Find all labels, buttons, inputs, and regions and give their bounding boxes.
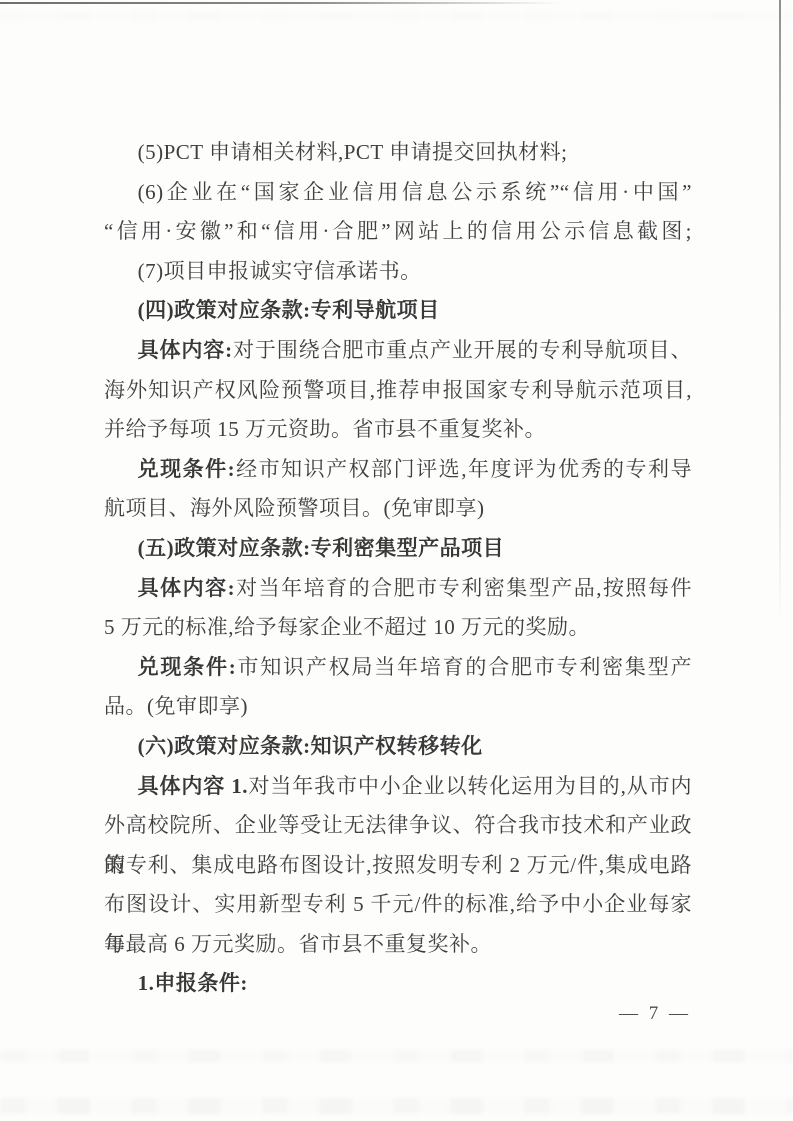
text-line: 并给予每项 15 万元资助。省市县不重复奖补。 — [104, 410, 692, 450]
line-text: 年最高 6 万元奖励。省市县不重复奖补。 — [104, 932, 492, 956]
bold-label: 具体内容: — [138, 338, 233, 362]
line-text: 经市知识产权部门评选,年度评为优秀的专利导 — [235, 457, 692, 481]
scan-edge-right-line — [779, 0, 781, 620]
line-text: 海外知识产权风险预警项目,推荐申报国家专利导航示范项目, — [104, 378, 692, 402]
text-line: “信用·安徽”和“信用·合肥”网站上的信用公示信息截图; — [104, 212, 692, 252]
paragraph-redeem-condition: 兑现条件:市知识产权局当年培育的合肥市专利密集型产 — [104, 648, 692, 688]
scanned-document-page: (5)PCT 申请相关材料,PCT 申请提交回执材料; (6)企业在“国家企业信… — [0, 0, 793, 1121]
text-line: 外高校院所、企业等受让无法律争议、符合我市技术和产业政策 — [104, 806, 692, 846]
section-heading-5: (五)政策对应条款:专利密集型产品项目 — [104, 529, 692, 569]
bold-label: (四)政策对应条款:专利导航项目 — [138, 298, 440, 322]
bold-label: 具体内容 1. — [138, 774, 248, 798]
line-text: 对当年我市中小企业以转化运用为目的,从市内 — [248, 774, 692, 798]
document-body: (5)PCT 申请相关材料,PCT 申请提交回执材料; (6)企业在“国家企业信… — [104, 133, 692, 1004]
scan-artifact — [0, 12, 793, 20]
bold-label: 兑现条件: — [138, 655, 237, 679]
line-text: 品。(免审即享) — [104, 694, 248, 718]
bold-label: 兑现条件: — [138, 457, 236, 481]
line-text: 的专利、集成电路布图设计,按照发明专利 2 万元/件,集成电路 — [104, 853, 692, 877]
text-line: 海外知识产权风险预警项目,推荐申报国家专利导航示范项目, — [104, 371, 692, 411]
paragraph-specific-content: 具体内容:对当年培育的合肥市专利密集型产品,按照每件 — [104, 569, 692, 609]
bold-label: (五)政策对应条款:专利密集型产品项目 — [138, 536, 504, 560]
text-line: 5 万元的标准,给予每家企业不超过 10 万元的奖励。 — [104, 608, 692, 648]
bold-label: 1.申报条件: — [138, 971, 248, 995]
list-item-7: (7)项目申报诚实守信承诺书。 — [104, 252, 692, 292]
line-text: 5 万元的标准,给予每家企业不超过 10 万元的奖励。 — [104, 615, 590, 639]
line-text: 航项目、海外风险预警项目。(免审即享) — [104, 496, 485, 520]
paragraph-redeem-condition: 兑现条件:经市知识产权部门评选,年度评为优秀的专利导 — [104, 450, 692, 490]
paragraph-specific-content: 具体内容:对于围绕合肥市重点产业开展的专利导航项目、 — [104, 331, 692, 371]
text-line: 航项目、海外风险预警项目。(免审即享) — [104, 489, 692, 529]
line-text: (6)企业在“国家企业信用信息公示系统”“信用·中国” — [138, 180, 692, 204]
line-text: 对当年培育的合肥市专利密集型产品,按照每件 — [235, 576, 692, 600]
list-item-6: (6)企业在“国家企业信用信息公示系统”“信用·中国” — [104, 173, 692, 213]
text-line: 年最高 6 万元奖励。省市县不重复奖补。 — [104, 925, 692, 965]
line-text: 市知识产权局当年培育的合肥市专利密集型产 — [236, 655, 692, 679]
page-number: — 7 — — [610, 1003, 700, 1025]
line-text: “信用·安徽”和“信用·合肥”网站上的信用公示信息截图; — [104, 219, 692, 243]
list-item-5: (5)PCT 申请相关材料,PCT 申请提交回执材料; — [104, 133, 692, 173]
text-line: 布图设计、实用新型专利 5 千元/件的标准,给予中小企业每家每 — [104, 885, 692, 925]
scan-artifact — [0, 1050, 793, 1062]
text-line: 的专利、集成电路布图设计,按照发明专利 2 万元/件,集成电路 — [104, 846, 692, 886]
text-line: 品。(免审即享) — [104, 687, 692, 727]
line-text: (5)PCT 申请相关材料,PCT 申请提交回执材料; — [138, 140, 568, 164]
line-text: (7)项目申报诚实守信承诺书。 — [138, 259, 422, 283]
line-text: 对于围绕合肥市重点产业开展的专利导航项目、 — [233, 338, 692, 362]
paragraph-specific-content: 具体内容 1.对当年我市中小企业以转化运用为目的,从市内 — [104, 767, 692, 807]
subsection-heading-conditions: 1.申报条件: — [104, 964, 692, 1004]
section-heading-4: (四)政策对应条款:专利导航项目 — [104, 291, 692, 331]
scan-edge-top-line — [0, 2, 560, 4]
bold-label: (六)政策对应条款:知识产权转移转化 — [138, 734, 483, 758]
bold-label: 具体内容: — [138, 576, 236, 600]
line-text: 并给予每项 15 万元资助。省市县不重复奖补。 — [104, 417, 546, 441]
section-heading-6: (六)政策对应条款:知识产权转移转化 — [104, 727, 692, 767]
scan-artifact — [0, 1098, 793, 1114]
